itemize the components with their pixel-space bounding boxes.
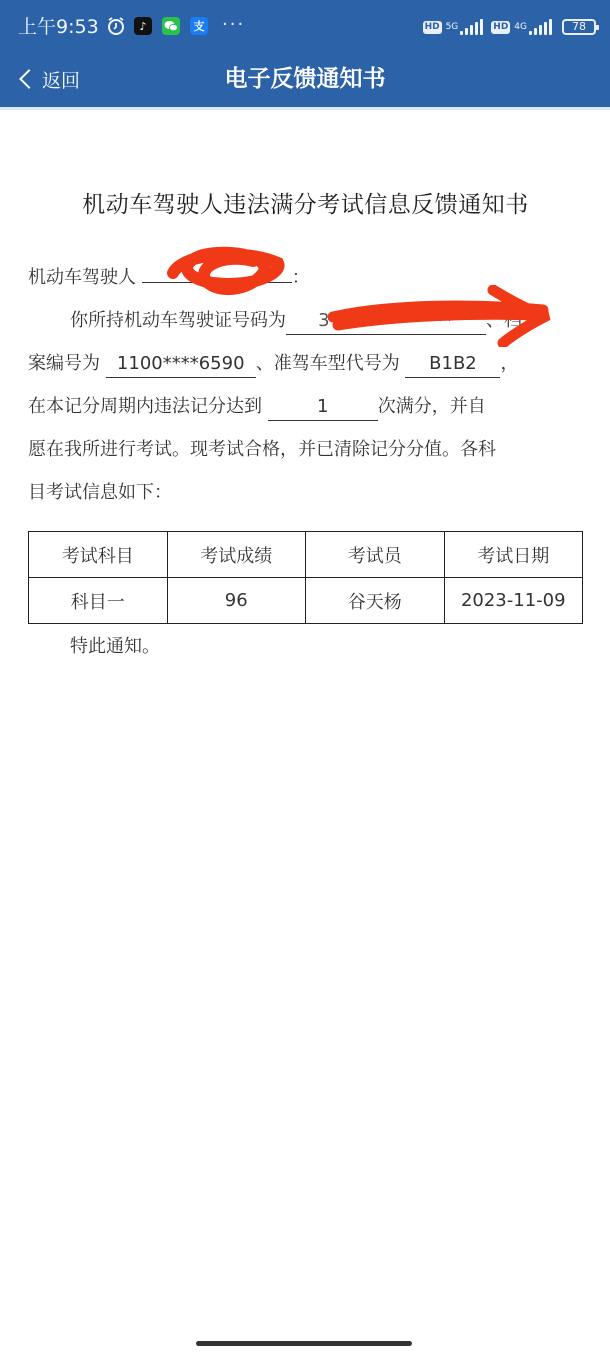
more-icon: ··· [222,14,245,35]
count-suffix: 次满分，并自 [378,396,486,417]
exam-subject-cell: 科目一 [29,578,168,624]
status-bar: 上午9:53 ♪ 支 ··· HD 5G HD 4G 78 [0,0,610,55]
exam-score-cell: 96 [167,578,306,624]
file-prefix: 案编号为 [28,353,100,374]
table-header-cell: 考试日期 [444,532,583,578]
header-divider [0,107,610,110]
status-time: 上午9:53 [18,14,99,40]
page-title: 电子反馈通知书 [0,61,610,97]
count-prefix: 在本记分周期内违法记分达到 [28,396,262,417]
count-field: 1 [268,394,378,421]
tiktok-icon: ♪ [134,17,152,35]
exam-info-table: 考试科目 考试成绩 考试员 考试日期 科目一 96 谷天杨 2023-11-09 [28,531,583,624]
salutation-prefix: 机动车驾驶人 [28,267,136,288]
vehicle-prefix: 、准驾车型代号为 [256,353,400,374]
status-right: HD 5G HD 4G 78 [423,16,596,38]
signal-bars-icon [529,19,552,35]
examiner-cell: 谷天杨 [306,578,445,624]
battery-icon: 78 [562,19,596,35]
hd-icon: HD [491,21,510,34]
count-line: 在本记分周期内违法记分达到 1次满分，并自 [28,385,583,428]
closing-text: 特此通知。 [70,630,160,664]
home-indicator[interactable] [196,1341,412,1346]
license-prefix: 你所持机动车驾驶证号码为 [70,310,286,331]
alarm-icon [106,16,126,36]
network-5g-label: 5G [446,23,459,32]
network-4g-label: 4G [514,23,527,32]
redaction-scribble [163,243,288,298]
file-line: 案编号为 1100****6590、准驾车型代号为 B1B2， [28,342,583,385]
app-header: 上午9:53 ♪ 支 ··· HD 5G HD 4G 78 返回 电子反馈通知书 [0,0,610,110]
table-header-cell: 考试员 [306,532,445,578]
alipay-icon: 支 [190,17,208,35]
table-header-cell: 考试成绩 [167,532,306,578]
table-header-row: 考试科目 考试成绩 考试员 考试日期 [29,532,583,578]
table-row: 科目一 96 谷天杨 2023-11-09 [29,578,583,624]
body-line-6: 目考试信息如下： [28,471,583,514]
exam-date-cell: 2023-11-09 [444,578,583,624]
hd-icon: HD [423,21,442,34]
body-line-5: 愿在我所进行考试。现考试合格，并已清除记分分值。各科 [28,428,583,471]
table-header-cell: 考试科目 [29,532,168,578]
wechat-icon [162,17,180,35]
notice-document: 机动车驾驶人违法满分考试信息反馈通知书 机动车驾驶人 ： 你所持机动车驾驶证号码… [28,180,583,514]
vehicle-suffix: ， [500,353,518,374]
signal-bars-icon [460,19,483,35]
vehicle-class-field: B1B2 [405,351,500,378]
document-title: 机动车驾驶人违法满分考试信息反馈通知书 [28,180,583,230]
file-number-field: 1100****6590 [106,351,256,378]
nav-bar: 返回 电子反馈通知书 [0,55,610,107]
redaction-scribble [328,285,553,347]
salutation-suffix: ： [292,267,310,288]
